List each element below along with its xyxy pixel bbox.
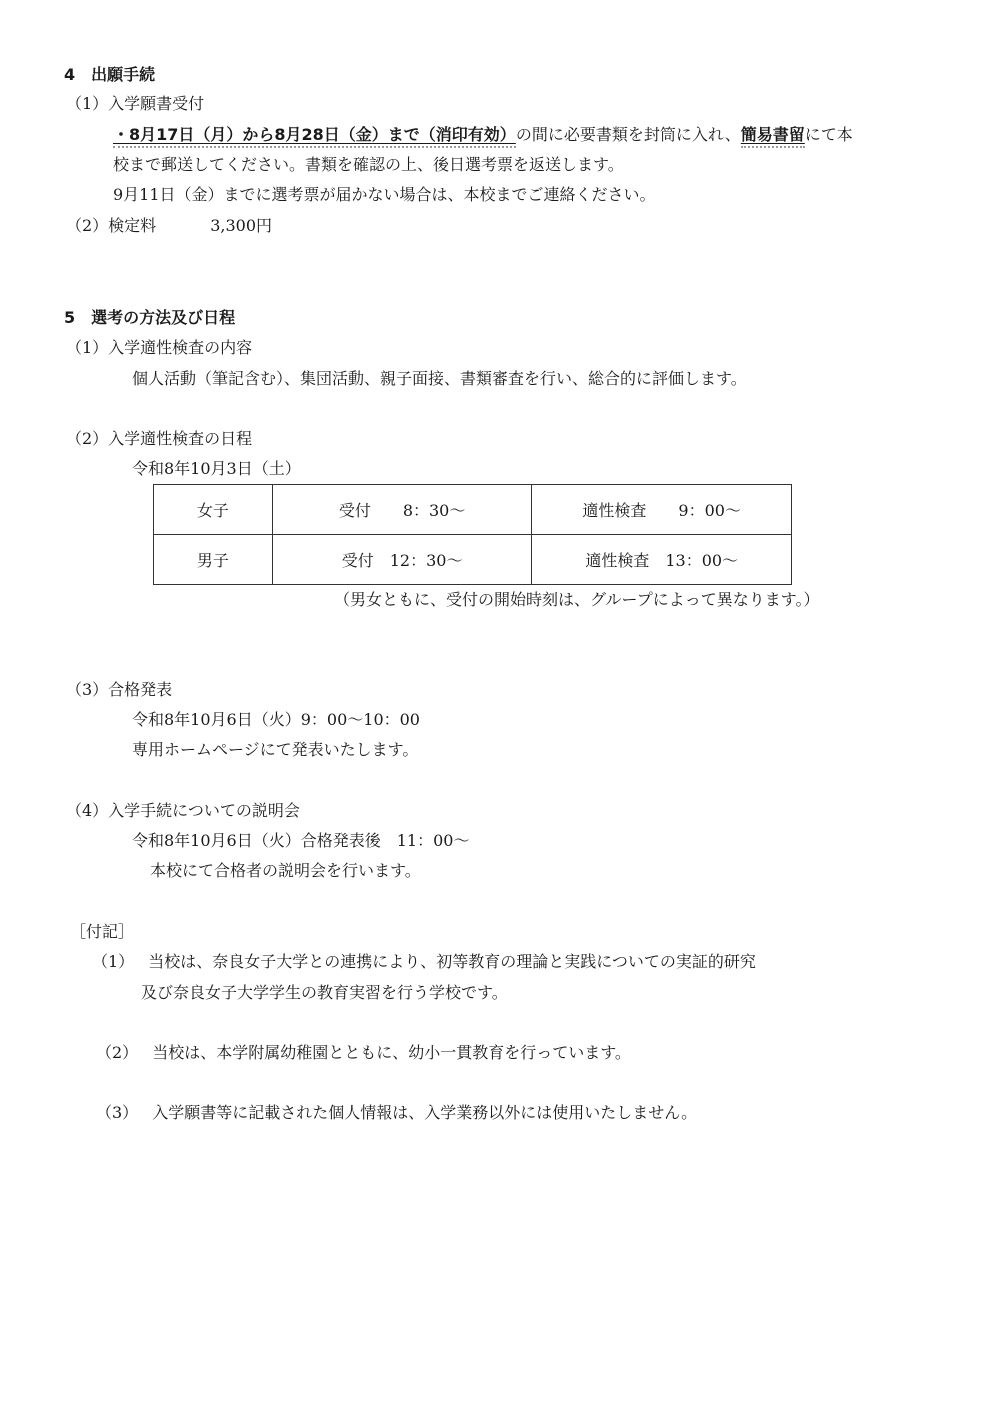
appendix-heading: ［付記］ <box>70 922 134 942</box>
appendix-item-text: 当校は、奈良女子大学との連携により、初等教育の理論と実践についての実証的研究 <box>148 952 756 971</box>
aptitude-test-date: 令和8年10月3日（土） <box>132 459 301 479</box>
section-5-item-4-label: （4）入学手続についての説明会 <box>66 801 300 821</box>
application-line-2: 校まで郵送してください。書類を確認の上、後日選考票を返送します。 <box>113 155 624 175</box>
schedule-note: （男女ともに、受付の開始時刻は、グループによって異なります。） <box>334 590 819 610</box>
reception-time-cell: 受付 8：30〜 <box>272 485 532 535</box>
aptitude-test-content: 個人活動（筆記含む）、集団活動、親子面接、書類審査を行い、総合的に評価します。 <box>132 369 747 389</box>
application-instruction: の間に必要書類を封筒に入れ、 <box>516 125 741 144</box>
exam-time-cell: 適性検査 13：00〜 <box>532 535 792 585</box>
briefing-description: 本校にて合格者の説明会を行います。 <box>150 861 421 881</box>
table-row: 男子 受付 12：30〜 適性検査 13：00〜 <box>154 535 792 585</box>
group-cell: 女子 <box>154 485 273 535</box>
section-5-heading: 5 選考の方法及び日程 <box>64 308 235 328</box>
section-4-item-1-label: （1）入学願書受付 <box>66 94 204 114</box>
appendix-item-number: （2） <box>96 1043 138 1062</box>
application-period: ・8月17日（月）から8月28日（金）まで（消印有効） <box>113 125 516 148</box>
appendix-item-1-continued: 及び奈良女子大学学生の教育実習を行う学校です。 <box>141 983 508 1003</box>
appendix-item-2: （2）当校は、本学附属幼稚園とともに、幼小一貫教育を行っています。 <box>96 1043 631 1063</box>
section-4-heading: 4 出願手続 <box>64 65 155 85</box>
announcement-method: 専用ホームページにて発表いたします。 <box>132 740 418 760</box>
appendix-item-3: （3）入学願書等に記載された個人情報は、入学業務以外には使用いたしません。 <box>96 1103 697 1123</box>
reception-time-cell: 受付 12：30〜 <box>272 535 532 585</box>
announcement-datetime: 令和8年10月6日（火）9：00〜10：00 <box>132 710 420 730</box>
section-5-item-1-label: （1）入学適性検査の内容 <box>66 338 252 358</box>
appendix-item-text: 入学願書等に記載された個人情報は、入学業務以外には使用いたしません。 <box>152 1103 697 1122</box>
appendix-item-number: （3） <box>96 1103 138 1122</box>
appendix-item-text: 当校は、本学附属幼稚園とともに、幼小一貫教育を行っています。 <box>152 1043 631 1062</box>
schedule-table: 女子 受付 8：30〜 適性検査 9：00〜 男子 受付 12：30〜 適性検査… <box>153 484 792 585</box>
exam-fee-label: （2）検定料 <box>66 216 156 235</box>
appendix-item-number: （1） <box>92 952 134 971</box>
appendix-item-1: （1）当校は、奈良女子大学との連携により、初等教育の理論と実践についての実証的研… <box>92 952 756 972</box>
section-5-item-2-label: （2）入学適性検査の日程 <box>66 429 252 449</box>
application-period-line: ・8月17日（月）から8月28日（金）まで（消印有効）の間に必要書類を封筒に入れ… <box>113 125 853 145</box>
exam-fee-value: 3,300円 <box>210 216 272 235</box>
exam-fee-line: （2）検定料3,300円 <box>66 216 272 236</box>
table-row: 女子 受付 8：30〜 適性検査 9：00〜 <box>154 485 792 535</box>
mail-method: 簡易書留 <box>741 125 805 148</box>
application-line-3: 9月11日（金）までに選考票が届かない場合は、本校までご連絡ください。 <box>113 185 656 205</box>
briefing-datetime: 令和8年10月6日（火）合格発表後 11：00〜 <box>132 831 469 851</box>
group-cell: 男子 <box>154 535 273 585</box>
section-5-item-3-label: （3）合格発表 <box>66 680 172 700</box>
exam-time-cell: 適性検査 9：00〜 <box>532 485 792 535</box>
application-instruction-tail: にて本 <box>805 125 853 144</box>
